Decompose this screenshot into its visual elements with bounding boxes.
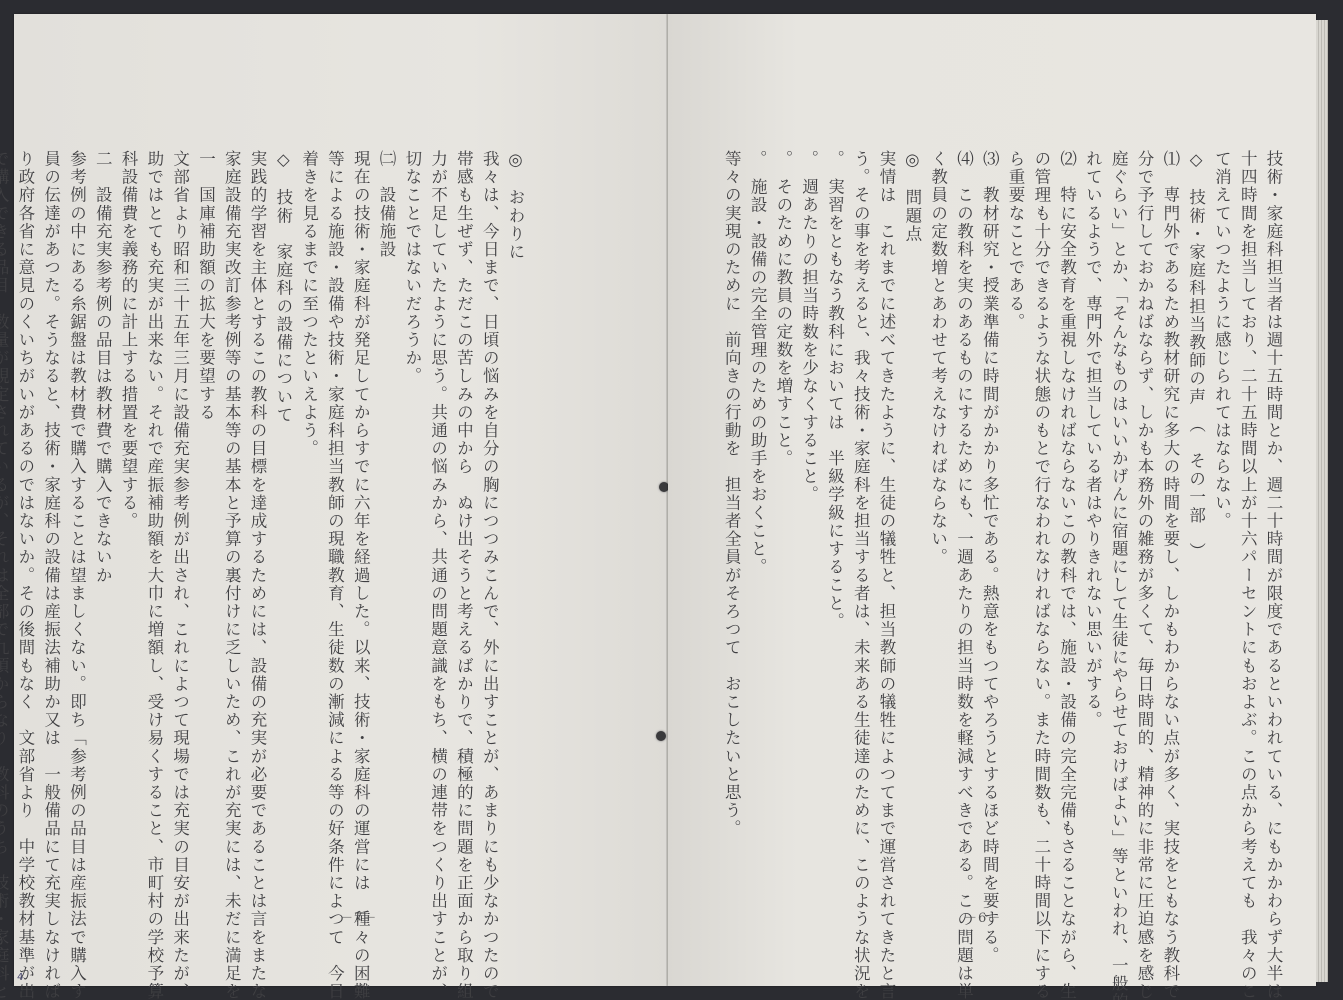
text-line: ◇ 技術・家庭科担当教師の声 （ その一部 ） [1183, 150, 1209, 890]
text-line: 。 施設・設備の完全管理のための助手をおくこと。 [744, 150, 770, 890]
text-line: 等々の実現のために 前向きの行動を 担当者全員がそろつて おこしたいと思う。 [718, 150, 744, 890]
text-line: 。 そのために教員の定数を増すこと。 [770, 150, 796, 890]
text-line: ◎ 問題点 [899, 150, 925, 890]
text-line: 助ではとても充実が出来ない。それで産振補助額を大巾に増額し、受け易くすること、市… [141, 150, 167, 890]
text-line: り政府各省に意見のくいちがいがあるのではないか。その後間もなく 文部省より 中学… [12, 150, 38, 890]
text-line: 一 国庫補助額の拡大を要望する [193, 150, 219, 890]
text-line: で購入できる品目 数量が規定されているが、それは全部で九項からなり 教科のうち … [0, 150, 12, 890]
text-line: 二 設備充実参考例の品目は教材費で購入できないか [89, 150, 115, 890]
text-line: ⑵ 特に安全教育を重視しなければならないこの教科では、施設・設備の完全完備もさる… [1054, 150, 1080, 890]
text-line: ◎ おわりに [502, 150, 528, 890]
left-page: ◎ おわりに我々は、今日まで、日頃の悩みを自分の胸につつみこんで、外に出すことが… [14, 14, 666, 986]
text-line: う。その事を考えると、我々技術・家庭科を担当する者は、未来ある生徒達のために、こ… [847, 150, 873, 890]
text-line: 員の伝達があつた。そうなると、技術・家庭科の設備は産振法補助か又は 一般備品にて… [38, 150, 64, 890]
text-line: の管理も十分できるような状態のもとで行なわれなければならない。また時間数も、二十… [1028, 150, 1054, 890]
text-line: 文部省より昭和三十五年三月に設備充実参考例が出され、これによつて現場では充実の目… [167, 150, 193, 890]
left-page-number: －7－ [340, 907, 377, 926]
text-line: 等による施設・設備や技術・家庭科担当教師の現職教育、生徒数の漸減による等の好条件… [322, 150, 348, 890]
text-line: 帯感も生ぜず、ただこの苦しみの中から ぬけ出そうと考えるばかりで、積極的に問題を… [451, 150, 477, 890]
binding-hole-bottom [656, 731, 666, 741]
text-line: ㈡ 設備施設 [373, 150, 399, 890]
right-page: 技術・家庭科担当者は週十五時間とか、週二十時間が限度であるといわれている、にもか… [668, 14, 1316, 986]
text-line: 実情は これまでに述べてきたように、生徒の犠牲と、担当教師の犠牲によつてまで運営… [873, 150, 899, 890]
text-line: 。 実習をともなう教科においては 半級学級にすること。 [822, 150, 848, 890]
text-line: ら重要なことである。 [1002, 150, 1028, 890]
text-line: 我々は、今日まで、日頃の悩みを自分の胸につつみこんで、外に出すことが、あまりにも… [476, 150, 502, 890]
right-page-number: －6－ [964, 907, 1001, 926]
text-line: て消えていつたように感じられてはならない。 [1209, 150, 1235, 890]
text-line: 実践的学習を主体とするこの教科の目標を達成するためには、設備の充実が必要であるこ… [244, 150, 270, 890]
text-line: 家庭設備充実改訂参考例等の基本等の基本と予算の裏付けに乏しいため、これが充実には… [218, 150, 244, 890]
text-line: 十四時間を担当しており、二十五時間以上が十六パーセントにもおよぶ。この点から考え… [1234, 150, 1260, 890]
text-line: 。 週あたりの担当時数を少なくすること。 [796, 150, 822, 890]
text-line: 技術・家庭科担当者は週十五時間とか、週二十時間が限度であるといわれている、にもか… [1260, 150, 1286, 890]
text-line: 科設備費を義務的に計上する措置を要望する。 [115, 150, 141, 890]
text-line: ◇ 技術 家庭科の設備について [270, 150, 296, 890]
text-line: ⑷ この教科を実のあるものにするためにも、一週あたりの担当時数を軽減すべきである… [951, 150, 977, 890]
text-line: 分で予行しておかねばならず、しかも本務外の雑務が多くて、毎日時間的、精神的に非常… [1131, 150, 1157, 890]
text-line: 現在の技術・家庭科が発足してからすでに六年を経過した。以来、技術・家庭科の運営に… [347, 150, 373, 890]
text-line: 参考例の中にある糸鋸盤は教材費で購入することは望ましくない。即ち「参考例の品目は… [64, 150, 90, 890]
right-page-text: 技術・家庭科担当者は週十五時間とか、週二十時間が限度であるといわれている、にもか… [718, 150, 1286, 890]
text-line: 着きを見るまでに至つたといえよう。 [296, 150, 322, 890]
text-line: ⑴ 専門外であるため教材研究に多大の時間を要し、しかもわからない点が多く、実技を… [1157, 150, 1183, 890]
text-line: く教員の定数増とあわせて考えなければならない。 [925, 150, 951, 890]
text-line: 力が不足していたように思う。共通の悩みから、共通の問題意識をもち、横の連帯をつく… [425, 150, 451, 890]
page-edge-stack [1316, 20, 1328, 982]
corner-mark: 4 [17, 972, 23, 983]
text-line: 庭ぐらい」とか、「そんなものはいいかげんに宿題にして生徒にやらせておけばよい」等… [1105, 150, 1131, 890]
text-line: れているようで、専門外で担当している者はやりきれない思いがする。 [1080, 150, 1106, 890]
left-page-text: ◎ おわりに我々は、今日まで、日頃の悩みを自分の胸につつみこんで、外に出すことが… [0, 150, 528, 890]
text-line: 切なことではないだろうか。 [399, 150, 425, 890]
text-line: ⑶ 教材研究・授業準備に時間がかかり多忙である。熱意をもつてやろうとするほど時間… [976, 150, 1002, 890]
